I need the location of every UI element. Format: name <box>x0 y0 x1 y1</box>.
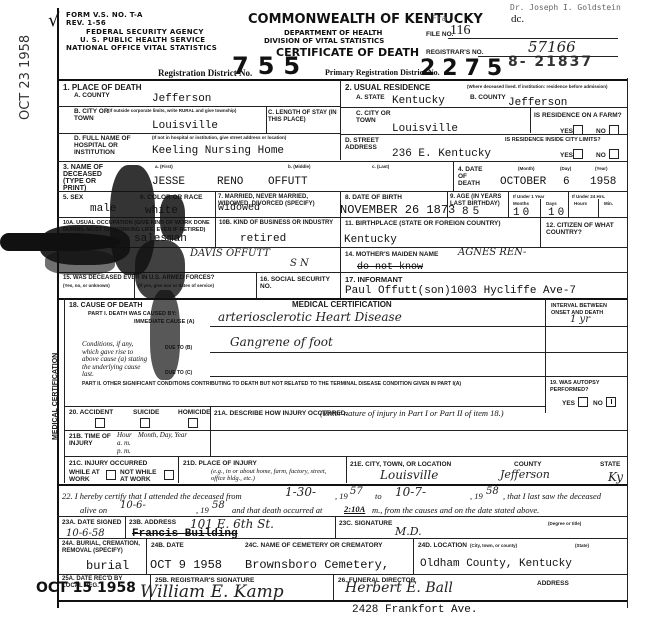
top-right-note-1: Fra <box>432 14 446 23</box>
cert-line-1b: , that I last saw the deceased <box>503 491 601 501</box>
location-label: 24d. LOCATION <box>418 542 467 549</box>
divider-interval <box>545 300 546 413</box>
address-handwritten: 101 E. 6th St. <box>190 517 274 531</box>
divider-24b <box>146 538 147 574</box>
business: retired <box>240 233 286 245</box>
death-month-label: (Month) <box>518 166 535 171</box>
describe-injury-note: (Enter nature of injury in Part I or Par… <box>320 408 504 418</box>
injury-occurred-label: 21c. INJURY OCCURRED <box>69 460 147 467</box>
city-limits-yes-checkbox[interactable] <box>573 149 583 159</box>
autopsy-no-label: NO <box>593 400 603 407</box>
cause-b: Gangrene of foot <box>230 335 333 349</box>
divider-days <box>540 199 541 217</box>
cert-line-2c: m., from the causes and on the date stat… <box>372 505 539 515</box>
cert-from-date: 1-30- <box>285 485 316 499</box>
rule-14 <box>57 538 627 539</box>
burial-type: burial <box>86 559 129 573</box>
place-injury-note: (e.g., in or about home, farm, factory, … <box>183 468 333 482</box>
rule-1a <box>57 106 340 107</box>
divider-23b <box>125 516 126 538</box>
funeral-director-signature: Herbert E. Ball <box>345 580 453 596</box>
agency-line-2: U. S. PUBLIC HEALTH SERVICE <box>80 36 205 44</box>
not-while-at-work-label: NOT WHILE AT WORK <box>120 469 160 483</box>
cert-alive-on: alive on <box>80 505 107 515</box>
cert-alive-year: 58 <box>212 500 225 511</box>
cause-c-line <box>210 376 627 377</box>
cert-death-time: 2:10A <box>344 504 365 514</box>
accident-label: 20. ACCIDENT <box>69 409 113 416</box>
while-at-work-label: WHILE AT WORK <box>69 469 101 483</box>
min-label: Min. <box>604 201 613 206</box>
form-border-right <box>627 78 628 608</box>
city-limits-no-label: NO <box>596 152 606 159</box>
place-of-death-label: 1. PLACE OF DEATH <box>63 84 142 91</box>
hospital-note: (If not in hospital or institution, give… <box>152 135 340 140</box>
conditions-note: Conditions, if any, which gave rise to a… <box>82 341 150 379</box>
last-name: OFFUTT <box>268 176 308 188</box>
cemetery-label: 24c. NAME OF CEMETERY OR CREMATORY <box>245 542 382 549</box>
date-recd-stamp: OCT 15 1958 <box>36 580 136 596</box>
registrar-no-label: REGISTRAR'S NO. <box>426 49 484 56</box>
divider-21e <box>346 456 347 483</box>
part2-label: PART II. OTHER SIGNIFICANT CONDITIONS CO… <box>82 381 547 388</box>
degree-label: (Degree or title) <box>548 521 581 526</box>
divider-under24 <box>568 191 569 217</box>
length-of-stay-label: c. LENGTH OF STAY (in this place) <box>268 110 340 124</box>
primary-district: 2275 <box>420 56 509 81</box>
date-signed-label: 23a. DATE SIGNED <box>62 519 121 526</box>
street-label: d. STREET ADDRESS <box>345 137 391 151</box>
injury-city: Louisville <box>380 468 438 482</box>
agency-line-1: FEDERAL SECURITY AGENCY <box>86 28 204 36</box>
rule-13 <box>57 516 627 517</box>
funeral-address: 2428 Frankfort Ave. <box>352 604 477 616</box>
rule-2b <box>340 134 627 135</box>
city-limits-no-checkbox[interactable] <box>609 149 619 159</box>
first-name: JESSE <box>152 176 185 188</box>
divider-marital <box>215 191 216 217</box>
rule-2a <box>340 107 627 108</box>
death-county: Jefferson <box>152 93 211 105</box>
interval: 1 yr <box>570 314 590 325</box>
divider-age <box>447 191 448 217</box>
divider-21a <box>210 406 211 456</box>
suicide-checkbox[interactable] <box>140 418 150 428</box>
autopsy-yes-checkbox[interactable] <box>578 397 588 407</box>
homicide-label: HOMICIDE <box>178 409 211 416</box>
city-limits-yes-label: YES <box>560 152 573 159</box>
form-revision: REV. 1-56 <box>66 19 106 27</box>
last-name-label: c. (Last) <box>372 164 389 169</box>
place-injury-label: 21d. PLACE OF INJURY <box>183 460 257 467</box>
title-state: COMMONWEALTH OF KENTUCKY <box>248 12 483 27</box>
divider-citizen <box>540 217 541 247</box>
cert-mid-2: , 19 <box>470 491 483 501</box>
divider-farm <box>530 107 531 133</box>
autopsy-yes-label: YES <box>562 400 575 407</box>
death-county-label: a. COUNTY <box>74 92 110 99</box>
divider-23c <box>335 516 336 538</box>
rule-15 <box>57 574 627 575</box>
rule-1b <box>57 133 340 134</box>
divider-business <box>215 217 216 247</box>
date-of-death-label: 4. DATE OF DEATH <box>458 166 488 187</box>
rule-3 <box>57 161 627 162</box>
name-label: 3. NAME OF DECEASED (Type or Print) <box>63 164 107 192</box>
cert-mid-3: , 19 <box>196 505 209 515</box>
cert-mid-1: , 19 <box>335 491 348 501</box>
street-address: 236 E. Kentucky <box>392 148 491 160</box>
medical-heading: MEDICAL CERTIFICATION <box>292 301 392 308</box>
residence-note: (Where deceased lived. If institution: r… <box>467 84 627 89</box>
residence-state-label: a. STATE <box>356 94 385 101</box>
time-injury-hour: Hour <box>117 431 132 439</box>
not-while-at-work-checkbox[interactable] <box>164 470 174 480</box>
while-at-work-checkbox[interactable] <box>106 470 116 480</box>
location: Oldham County, Kentucky <box>420 558 572 570</box>
sex-label: 5. SEX <box>63 194 83 201</box>
divider-ssn <box>256 272 257 298</box>
business-label: 10b. KIND OF BUSINESS OR INDUSTRY <box>219 220 339 227</box>
file-no: 116 <box>450 23 470 39</box>
under-24-label: If Under 24 Hrs. <box>572 194 605 199</box>
residence-label: 2. USUAL RESIDENCE <box>345 84 430 91</box>
title-department: DEPARTMENT OF HEALTH <box>284 29 382 37</box>
farm-question: IS RESIDENCE ON A FARM? <box>534 112 622 119</box>
time-injury-label: 21b. TIME OF INJURY <box>69 433 111 447</box>
death-day: 6 <box>563 176 570 188</box>
ssn-label: 16. SOCIAL SECURITY NO. <box>260 276 338 290</box>
title-division: DIVISION OF VITAL STATISTICS <box>264 37 384 45</box>
injury-city-label: 21e. CITY, TOWN, OR LOCATION <box>350 461 451 468</box>
medical-side-label: MEDICAL CERTIFICATION <box>52 353 59 440</box>
registration-district: 755 <box>232 52 309 80</box>
margin-date-stamp: OCT 23 1958 <box>18 35 33 120</box>
informant-label: 17. INFORMANT <box>345 276 403 283</box>
cemetery: Brownsboro Cemetery, <box>245 558 389 572</box>
form-border-left <box>57 8 59 608</box>
middle-name: RENO <box>217 176 243 188</box>
cause-a-line <box>210 326 627 327</box>
autopsy-no-checkbox[interactable] <box>606 397 616 407</box>
first-name-label: a. (First) <box>155 164 173 169</box>
injury-county: Jefferson <box>500 468 550 481</box>
agency-line-3: NATIONAL OFFICE VITAL STATISTICS <box>66 44 217 52</box>
father-name: DAVIS OFFUTT <box>190 248 270 259</box>
signature-label: 23c. SIGNATURE <box>339 520 392 527</box>
rule-16 <box>57 600 627 602</box>
armed-forces-note: (Yes, no, or unknown) <box>63 283 110 288</box>
cause-a: arteriosclerotic Heart Disease <box>218 310 402 324</box>
divider-min <box>598 199 599 217</box>
middle-name-label: b. (Middle) <box>288 164 311 169</box>
rule-9 <box>64 406 546 407</box>
death-day-label: (Day) <box>560 166 571 171</box>
birth-date: NOVEMBER 26 1873 <box>340 203 455 217</box>
autopsy-label: 19. WAS AUTOPSY PERFORMED? <box>550 380 626 394</box>
birthplace-label: 11. BIRTHPLACE (State or foreign country… <box>345 220 501 227</box>
death-city-label: b. CITY OR TOWN <box>74 108 110 122</box>
death-year: 1958 <box>590 176 616 188</box>
divider-1-2 <box>340 80 341 160</box>
time-injury-am: a. m. <box>117 439 131 447</box>
physician-signature: M.D. <box>395 525 422 538</box>
citizen-label: 12. CITIZEN OF WHAT COUNTRY? <box>546 222 626 236</box>
top-right-stamp: Dr. Joseph I. Goldstein <box>510 3 621 12</box>
marital-status: widowed <box>218 203 260 214</box>
divider-mother <box>340 247 341 299</box>
cert-line-2b: and that death occurred at <box>232 505 322 515</box>
top-right-note-2: dc. <box>511 13 524 25</box>
birth-label: 8. DATE OF BIRTH <box>345 194 402 201</box>
death-certificate: OCT 23 1958 √ FORM V.S. NO. T-A REV. 1-5… <box>0 0 658 624</box>
divider-26 <box>333 574 334 600</box>
burial-date: OCT 9 1958 <box>150 558 222 572</box>
injury-county-label: COUNTY <box>514 461 541 468</box>
cause-b-line <box>210 352 627 353</box>
divider-birthplace <box>340 217 341 247</box>
death-city-note: (If outside corporate limits, write RURA… <box>108 108 258 113</box>
registrar-signature: William E. Kamp <box>140 582 284 602</box>
residence-city-label: c. CITY OR TOWN <box>356 110 392 124</box>
location-note: (City, town, or county) <box>470 543 517 548</box>
days-label: Days <box>546 201 557 206</box>
cert-alive-date: 10-6- <box>120 500 146 511</box>
residence-county-label: b. COUNTY <box>470 94 506 101</box>
divider-21d <box>178 456 179 483</box>
homicide-checkbox[interactable] <box>188 418 198 428</box>
death-month: OCTOBER <box>500 176 546 188</box>
time-injury-date: Month, Day, Year <box>138 431 187 439</box>
header-rule <box>57 79 627 81</box>
cert-to-word: to <box>375 491 382 501</box>
cert-from-year: 57 <box>350 486 363 497</box>
city-limits-question: IS RESIDENCE INSIDE CITY LIMITS? <box>505 137 601 144</box>
residence-state: Kentucky <box>392 95 445 107</box>
hospital-label: d. FULL NAME OF HOSPITAL OR INSTITUTION <box>74 135 134 156</box>
address-label: 23b. ADDRESS <box>129 519 176 526</box>
mother-label: 14. MOTHER'S MAIDEN NAME <box>345 251 438 258</box>
accident-checkbox[interactable] <box>95 418 105 428</box>
injury-state: Ky <box>608 470 623 484</box>
informant: Paul Offutt(son)1003 Hycliffe Ave-7 <box>345 285 576 297</box>
birthplace: Kentucky <box>344 234 397 246</box>
divider-date-of-death <box>453 161 454 191</box>
death-city: Louisville <box>152 120 218 132</box>
location-state-note: (State) <box>575 543 589 548</box>
divider-under1 <box>508 191 509 217</box>
hours-label: Hours <box>574 201 587 206</box>
burial-type-label: 24a. BURIAL, CREMATION, REMOVAL (Specify… <box>62 541 144 555</box>
hospital-name: Keeling Nursing Home <box>152 145 284 157</box>
injury-state-label: STATE <box>600 461 620 468</box>
cert-to-year: 58 <box>486 486 499 497</box>
time-injury-pm: p. m. <box>117 447 131 455</box>
divider-stay <box>266 106 267 133</box>
months-label: Months <box>513 201 529 206</box>
burial-date-label: 24b. DATE <box>151 542 184 549</box>
rule-12 <box>57 484 627 486</box>
father-note: S N <box>290 258 309 269</box>
form-number: FORM V.S. NO. T-A <box>66 11 143 19</box>
mother-handwritten: AGNES REN- <box>458 247 526 258</box>
divider-24d <box>413 538 414 574</box>
death-year-label: (Year) <box>595 166 608 171</box>
funeral-address-label: ADDRESS <box>537 580 569 587</box>
suicide-label: SUICIDE <box>133 409 159 416</box>
cause-label: 18. CAUSE OF DEATH <box>69 302 142 309</box>
cert-to-date: 10-7- <box>395 485 426 499</box>
